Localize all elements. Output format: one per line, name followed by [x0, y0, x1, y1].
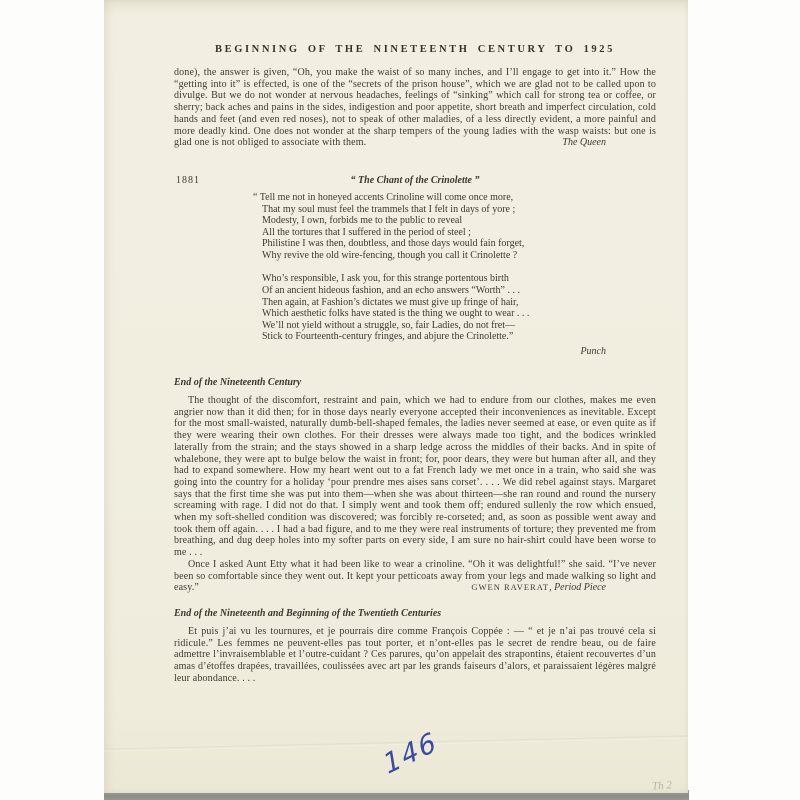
text-column: BEGINNING OF THE NINETEENTH CENTURY TO 1…: [174, 0, 656, 685]
poem-line: Why revive the old wire-fencing, though …: [262, 250, 656, 262]
poem-stanza-1: “ Tell me not in honeyed accents Crinoli…: [262, 192, 656, 262]
poem-line: All the tortures that I suffered in the …: [262, 227, 656, 239]
raverat-paragraph-1: The thought of the discomfort, restraint…: [174, 395, 656, 559]
french-paragraph: Et puis j’ai vu les tournures, et je pou…: [174, 626, 656, 685]
poem-line: Then again, at Fashion’s dictates we mus…: [262, 297, 656, 309]
poem-line: Modesty, I own, forbids me to the public…: [262, 215, 656, 227]
raverat-attribution: GWEN RAVERAT, Period Piece: [471, 582, 606, 594]
poem-line: Philistine I was then, doubtless, and th…: [262, 238, 656, 250]
poem-line: Of an ancient hideous fashion, and an ec…: [262, 285, 656, 297]
poem-line: That my soul must feel the trammels that…: [262, 204, 656, 216]
poem-line: Which aesthetic folks have stated is the…: [262, 308, 656, 320]
section-heading-nineteenth: End of the Nineteenth Century: [174, 377, 656, 388]
book-page: BEGINNING OF THE NINETEENTH CENTURY TO 1…: [104, 0, 688, 793]
scanned-page-photo: BEGINNING OF THE NINETEENTH CENTURY TO 1…: [0, 0, 800, 800]
poem-year: 1881: [176, 175, 200, 186]
intro-attribution: The Queen: [562, 137, 606, 149]
raverat-attribution-name: GWEN RAVERAT: [471, 582, 549, 592]
handwritten-page-number: 146: [380, 726, 442, 781]
poem-line: “ Tell me not in honeyed accents Crinoli…: [262, 192, 656, 204]
poem-stanza-2: Who’s responsible, I ask you, for this s…: [262, 273, 656, 343]
poem-header: 1881 “ The Chant of the Crinolette ”: [174, 175, 656, 188]
running-head: BEGINNING OF THE NINETEENTH CENTURY TO 1…: [174, 44, 656, 55]
raverat-paragraph-2-block: Once I asked Aunt Etty what it had been …: [174, 559, 656, 594]
intro-paragraph-block: done), the answer is given, “Oh, you mak…: [174, 67, 656, 149]
section-heading-twentieth: End of the Nineteenth and Beginning of t…: [174, 608, 656, 619]
raverat-attribution-work: Period Piece: [554, 582, 606, 593]
poem-line: We’ll not yield without a struggle, so, …: [262, 320, 656, 332]
poem-line: Who’s responsible, I ask you, for this s…: [262, 273, 656, 285]
poem-line: Stick to Fourteenth-century fringes, and…: [262, 331, 656, 343]
poem-attribution: Punch: [174, 346, 656, 357]
poem-title: “ The Chant of the Crinolette ”: [174, 175, 656, 186]
pencil-annotation: Th 2: [652, 779, 673, 792]
